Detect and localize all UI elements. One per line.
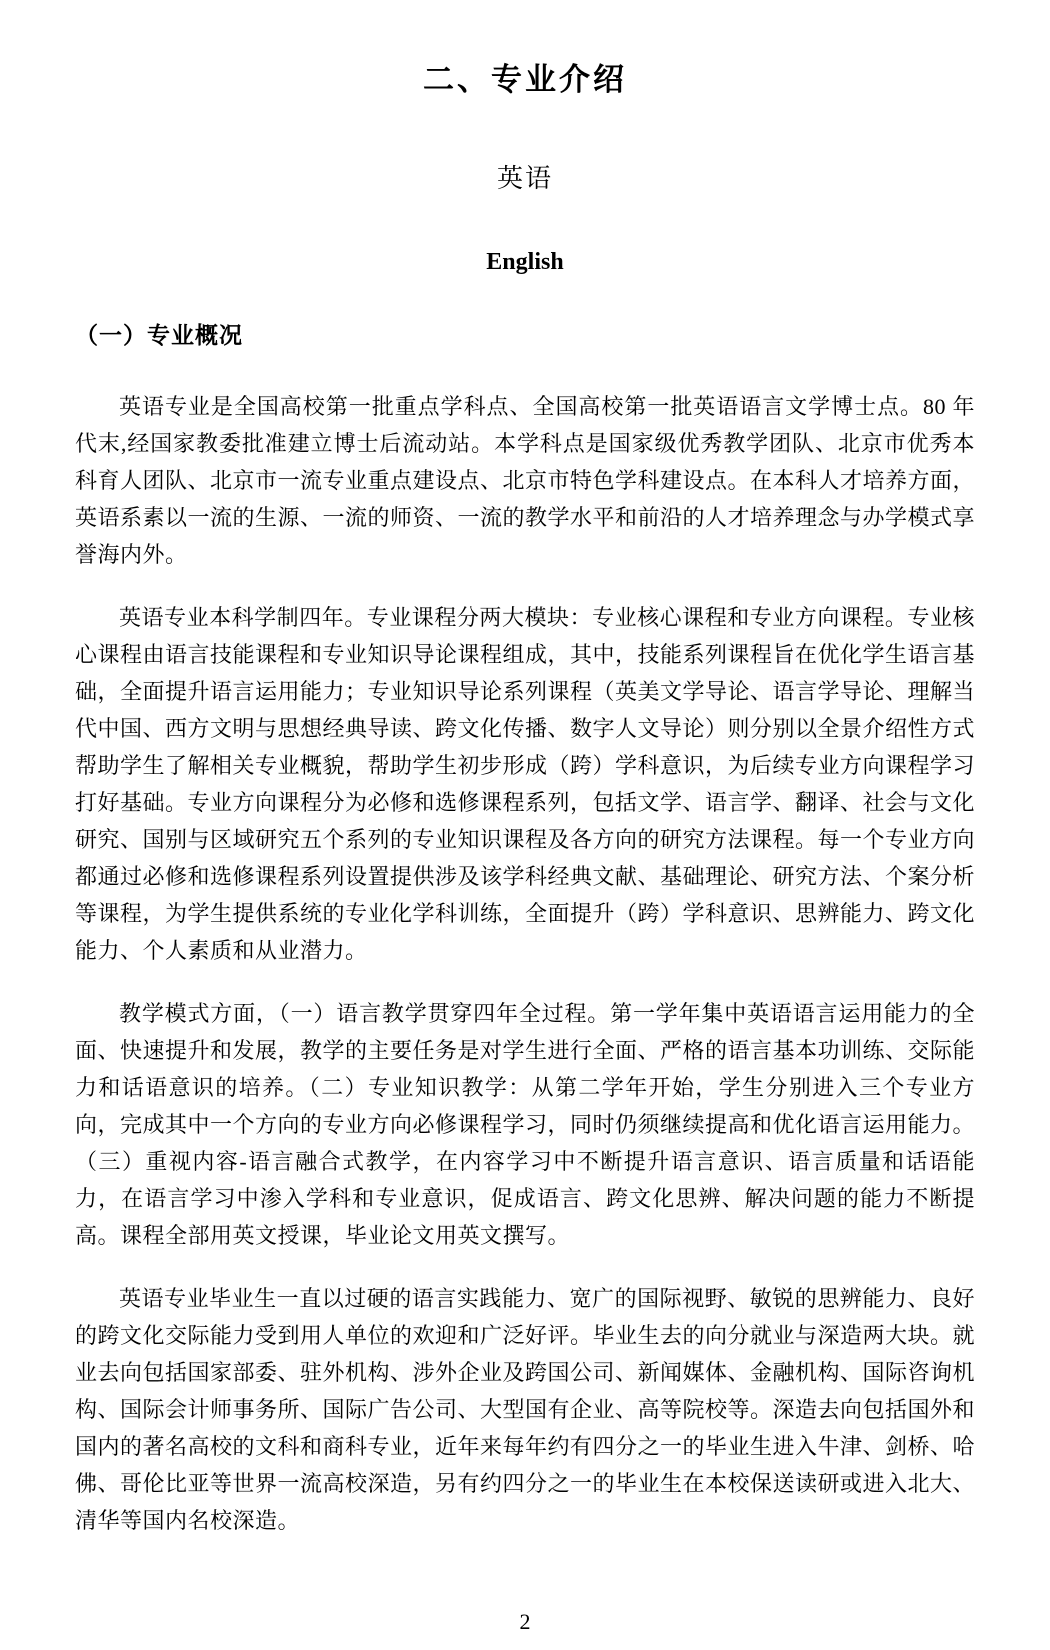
section-heading-overview: （一）专业概况: [75, 320, 975, 352]
doc-title: 二、专业介绍: [75, 58, 975, 102]
page-number: 2: [0, 1610, 1050, 1634]
major-name-en: English: [75, 246, 975, 278]
major-name-cn: 英语: [75, 162, 975, 196]
paragraph-overview-1: 英语专业是全国高校第一批重点学科点、全国高校第一批英语语言文学博士点。80 年代…: [75, 388, 975, 573]
paragraph-teaching-model: 教学模式方面，（一）语言教学贯穿四年全过程。第一学年集中英语语言运用能力的全面、…: [75, 995, 975, 1254]
document-page: 二、专业介绍 英语 English （一）专业概况 英语专业是全国高校第一批重点…: [0, 0, 1050, 1650]
paragraph-graduates: 英语专业毕业生一直以过硬的语言实践能力、宽广的国际视野、敏锐的思辨能力、良好的跨…: [75, 1280, 975, 1539]
paragraph-curriculum: 英语专业本科学制四年。专业课程分两大模块：专业核心课程和专业方向课程。专业核心课…: [75, 599, 975, 969]
